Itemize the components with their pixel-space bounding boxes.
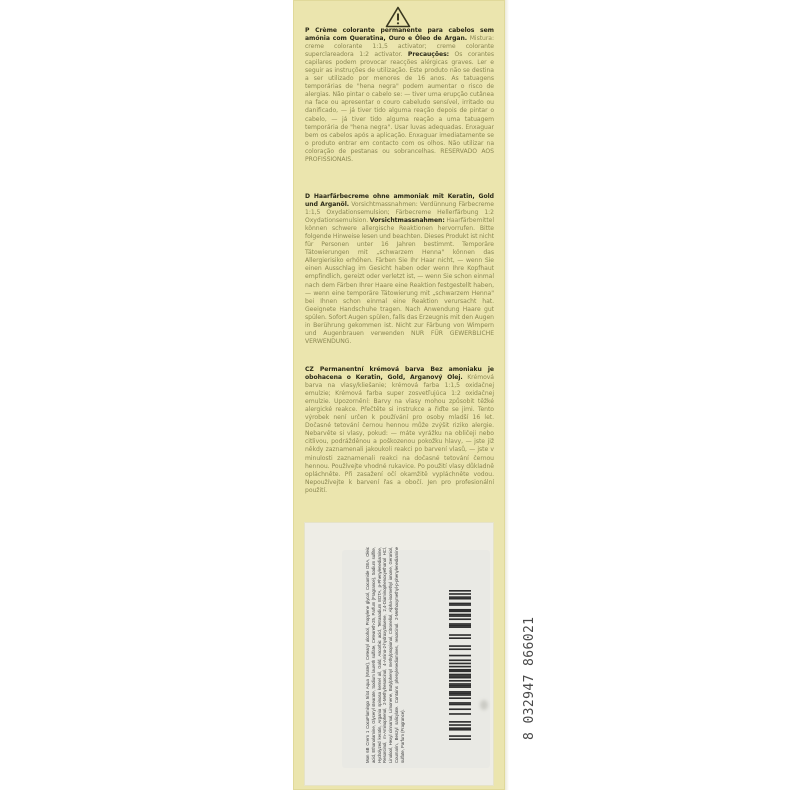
section-subheading: Precauções: <box>408 51 449 58</box>
barcode: 8 032947 866021 <box>449 590 495 740</box>
section-czech: CZ Permanentní krémová barva Bez amoniak… <box>305 366 494 495</box>
ingredients-text: Mon 6B Crem 1 CocoFlamingo 5/44 Aqua (Wa… <box>365 547 425 763</box>
section-german: D Haarfärbecreme ohne ammoniak mit Kerat… <box>305 193 494 346</box>
section-portuguese: P Crème colorante permanente para cabelo… <box>305 27 494 164</box>
product-box-panel: P Crème colorante permanente para cabelo… <box>293 0 505 790</box>
label-panel: Mon 6B Crem 1 CocoFlamingo 5/44 Aqua (Wa… <box>304 522 494 786</box>
section-heading: P Crème colorante permanente para cabelo… <box>305 27 494 42</box>
section-subheading: Vorsichtmassnahmen: <box>370 217 445 224</box>
section-body: Krémová barva na vlasy/kliešanie; krémov… <box>305 374 494 494</box>
barcode-digits: 8 032947 866021 <box>522 590 538 740</box>
box-edge-shadow <box>505 0 509 790</box>
smudge-mark <box>480 700 488 710</box>
section-body: Os corantes capilares podem provocar rea… <box>305 51 494 163</box>
ingredients-sticker: Mon 6B Crem 1 CocoFlamingo 5/44 Aqua (Wa… <box>342 550 490 768</box>
barcode-icon <box>449 590 471 740</box>
section-body: Haarfärbemittel können schwere allergisc… <box>305 217 494 345</box>
warning-triangle-icon <box>385 6 411 28</box>
